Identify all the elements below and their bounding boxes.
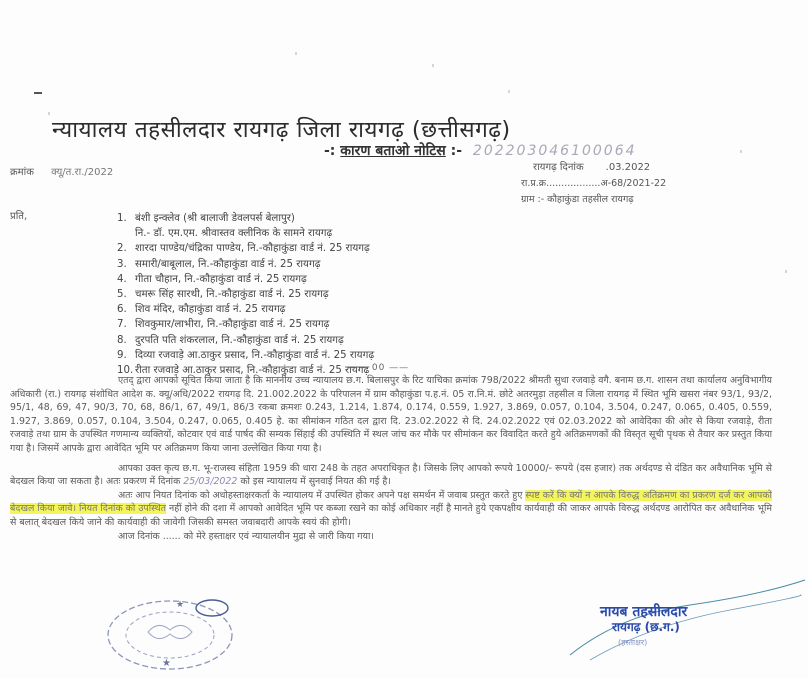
handwritten-hearing-date: 25/03/2022 [183,476,237,487]
addressee-item: 2.शारदा पाण्डेय/चंद्रिका पाण्डेय, नि.-कौ… [117,241,374,256]
signature-location: रायगढ़ (छ.ग.) [612,620,687,635]
notice-prefix: -: [324,143,335,159]
svg-text:★: ★ [176,600,184,610]
addressee-item: 5.चमरू सिंह सारथी, नि.-कौहाकुंडा वार्ड न… [117,287,374,302]
paragraph-penalty: आपका उक्त कृत्य छ.ग. भू-राजस्व संहिता 19… [10,462,772,489]
officer-signature: नायब तहसीलदार रायगढ़ (छ.ग.) (हस्ताक्षर) [600,605,687,650]
date-value: .03.2022 [606,162,651,173]
notice-heading: -: कारण बताओ नोटिस :- 202203046100064 [324,141,637,160]
reference-value: क्यू/त.रा./2022 [51,167,113,178]
case-number: रा.प्र.क्र..................अ-68/2021-22 [521,176,666,192]
notice-suffix: :- [451,143,462,159]
addressee-item: 1.बंशी इन्क्लेव (श्री बालाजी डेवलपर्स बे… [117,211,374,241]
reference-label: क्रमांक [10,167,34,178]
scan-speck [295,52,297,55]
signature-designation: नायब तहसीलदार [600,605,687,620]
scan-speck [785,270,787,273]
scan-mark [34,92,42,94]
paragraph-closing: आज दिनांक ...... को मेरे हस्ताक्षर एवं न… [10,530,772,544]
paragraph-survey: एतद् द्वारा आपको सूचित किया जाता है कि म… [10,374,772,456]
addressee-item: 9.दिव्या रजवाड़े आ.ठाकुर प्रसाद, नि.-कौह… [117,348,374,363]
village-line: ग्राम :- कौहाकुंडा तहसील रायगढ़ [521,192,666,208]
court-title: न्यायालय तहसीलदार रायगढ़ जिला रायगढ़ (छत… [52,113,511,144]
case-details: रायगढ़ दिनांक.03.2022 रा.प्र.क्र........… [533,160,666,208]
addressee-item: 7.शिवकुमार/लाभीरा, नि.-कौहाकुंडा वार्ड न… [117,317,374,332]
svg-text:★: ★ [162,658,171,669]
addressee-item: 3.समारी/बाबूलाल, नि.-कौहाकुंडा वार्ड नं.… [117,257,374,272]
addressee-label: प्रति, [10,208,27,222]
addressee-list: 1.बंशी इन्क्लेव (श्री बालाजी डेवलपर्स बे… [117,211,374,378]
handwritten-notice-number: 202203046100064 [473,143,637,159]
scan-speck [508,90,510,93]
notice-title: कारण बताओ नोटिस [340,143,445,159]
scanned-notice-page: न्यायालय तहसीलदार रायगढ़ जिला रायगढ़ (छत… [0,0,808,678]
addressee-item: 4.गीता चौहान, नि.-कौहाकुंडा वार्ड नं. 25… [117,272,374,287]
notice-body: एतद् द्वारा आपको सूचित किया जाता है कि म… [10,374,772,543]
court-seal-stamp: ★ ★ [100,590,250,670]
section-separator: —— 00 —— [348,363,409,373]
paragraph-appearance: अतः आप नियत दिनांक को अधोहस्ताक्षरकर्ता … [10,489,772,530]
addressee-item: 8.दुरपति पति शंकरलाल, नि.-कौहाकुंडा वार्… [117,333,374,348]
date-row: रायगढ़ दिनांक.03.2022 [533,160,666,176]
signature-mark: (हस्ताक्षर) [618,635,687,650]
scan-speck [48,112,50,115]
reference-number: क्रमांक क्यू/त.रा./2022 [10,164,113,178]
scan-speck [740,150,742,153]
addressee-item: 6.शिव मंदिर, कौहाकुंडा वार्ड नं. 25 रायग… [117,302,374,317]
scan-speck [432,64,434,67]
date-label: रायगढ़ दिनांक [533,162,584,173]
